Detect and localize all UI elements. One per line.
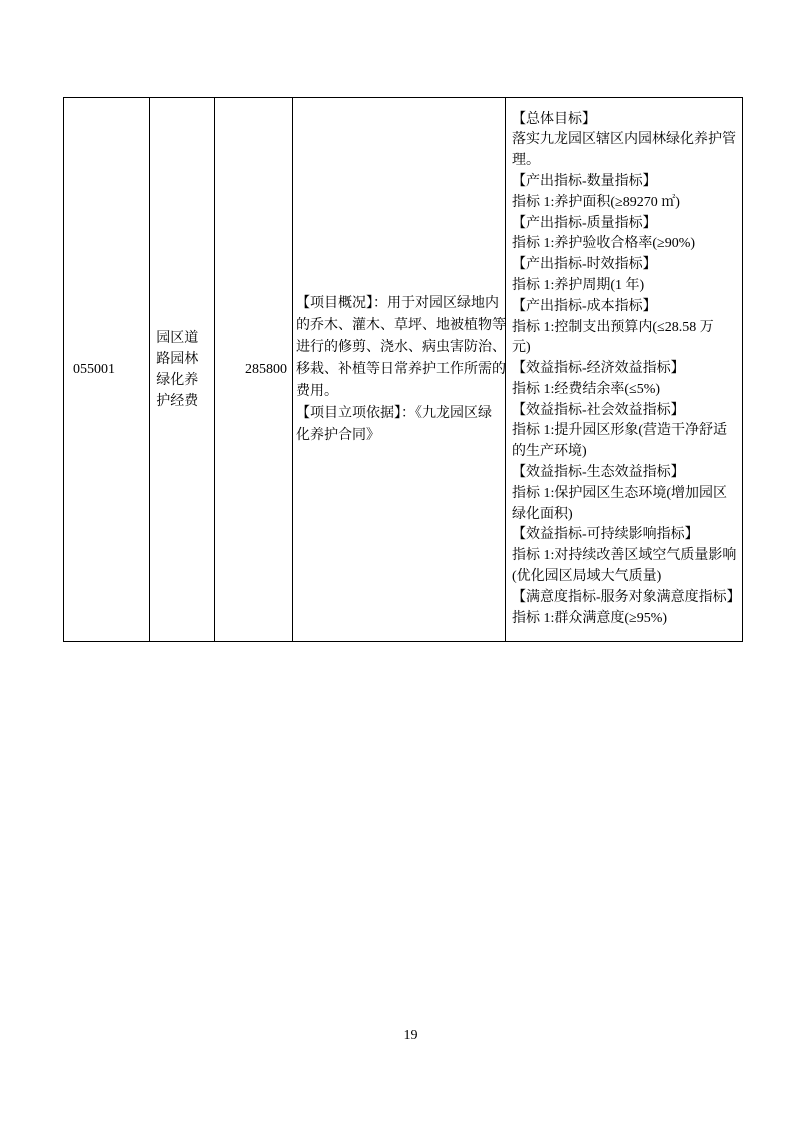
project-overview-text: 【项目概况】：用于对园区绿地内的乔木、灌木、草坪、地被植物等进行的修剪、浇水、病… <box>296 293 504 447</box>
text-line: 指标 1:控制支出预算内(≤28.58 万 <box>512 318 740 339</box>
text-line: 路园林 <box>156 349 213 370</box>
document-page: 055001 园区道路园林绿化养护经费 285800 【项目概况】：用于对园区绿… <box>0 0 793 1122</box>
text-line: 【效益指标-生态效益指标】 <box>512 463 740 484</box>
text-line: 进行的修剪、浇水、病虫害防治、 <box>296 337 504 359</box>
text-line: 的乔木、灌木、草坪、地被植物等 <box>296 315 504 337</box>
text-line: 元) <box>512 338 740 359</box>
text-line: 园区道 <box>156 328 213 349</box>
text-line: 指标 1:经费结余率(≤5%) <box>512 380 740 401</box>
project-budget-table: 055001 园区道路园林绿化养护经费 285800 【项目概况】：用于对园区绿… <box>63 97 743 642</box>
text-line: 移栽、补植等日常养护工作所需的 <box>296 359 504 381</box>
text-line: 【效益指标-社会效益指标】 <box>512 401 740 422</box>
text-line: 绿化面积) <box>512 505 740 526</box>
text-line: 绿化养 <box>156 370 213 391</box>
text-line: 费用。 <box>296 381 504 403</box>
text-line: 理。 <box>512 151 740 172</box>
project-amount-cell: 285800 <box>215 98 293 641</box>
text-line: 【效益指标-可持续影响指标】 <box>512 525 740 546</box>
text-line: 的生产环境) <box>512 442 740 463</box>
text-line: 指标 1:养护验收合格率(≥90%) <box>512 234 740 255</box>
project-code-cell: 055001 <box>64 98 150 641</box>
text-line: 化养护合同》 <box>296 425 504 447</box>
text-line: 【满意度指标-服务对象满意度指标】 <box>512 588 740 609</box>
text-line: 【项目概况】：用于对园区绿地内 <box>296 293 504 315</box>
project-name-cell: 园区道路园林绿化养护经费 <box>150 98 214 641</box>
project-amount: 285800 <box>245 359 287 380</box>
project-code: 055001 <box>73 359 149 380</box>
project-goals-cell: 【总体目标】落实九龙园区辖区内园林绿化养护管理。【产出指标-数量指标】指标 1:… <box>506 98 742 641</box>
text-line: 指标 1:养护面积(≥89270 ㎡) <box>512 193 740 214</box>
text-line: 指标 1:提升园区形象(营造干净舒适 <box>512 421 740 442</box>
text-line: 落实九龙园区辖区内园林绿化养护管 <box>512 130 740 151</box>
project-name: 园区道路园林绿化养护经费 <box>156 328 213 412</box>
text-line: 【产出指标-成本指标】 <box>512 297 740 318</box>
text-line: 指标 1:保护园区生态环境(增加园区 <box>512 484 740 505</box>
page-number: 19 <box>14 1028 793 1044</box>
text-line: 指标 1:对持续改善区域空气质量影响 <box>512 546 740 567</box>
text-line: (优化园区局域大气质量) <box>512 567 740 588</box>
text-line: 护经费 <box>156 391 213 412</box>
text-line: 【产出指标-数量指标】 <box>512 172 740 193</box>
text-line: 【产出指标-时效指标】 <box>512 255 740 276</box>
text-line: 【效益指标-经济效益指标】 <box>512 359 740 380</box>
project-overview-cell: 【项目概况】：用于对园区绿地内的乔木、灌木、草坪、地被植物等进行的修剪、浇水、病… <box>293 98 506 641</box>
text-line: 【产出指标-质量指标】 <box>512 214 740 235</box>
project-goals-text: 【总体目标】落实九龙园区辖区内园林绿化养护管理。【产出指标-数量指标】指标 1:… <box>512 110 740 630</box>
text-line: 【项目立项依据】：《九龙园区绿 <box>296 403 504 425</box>
text-line: 指标 1:养护周期(1 年) <box>512 276 740 297</box>
text-line: 【总体目标】 <box>512 110 740 131</box>
text-line: 指标 1:群众满意度(≥95%) <box>512 609 740 630</box>
